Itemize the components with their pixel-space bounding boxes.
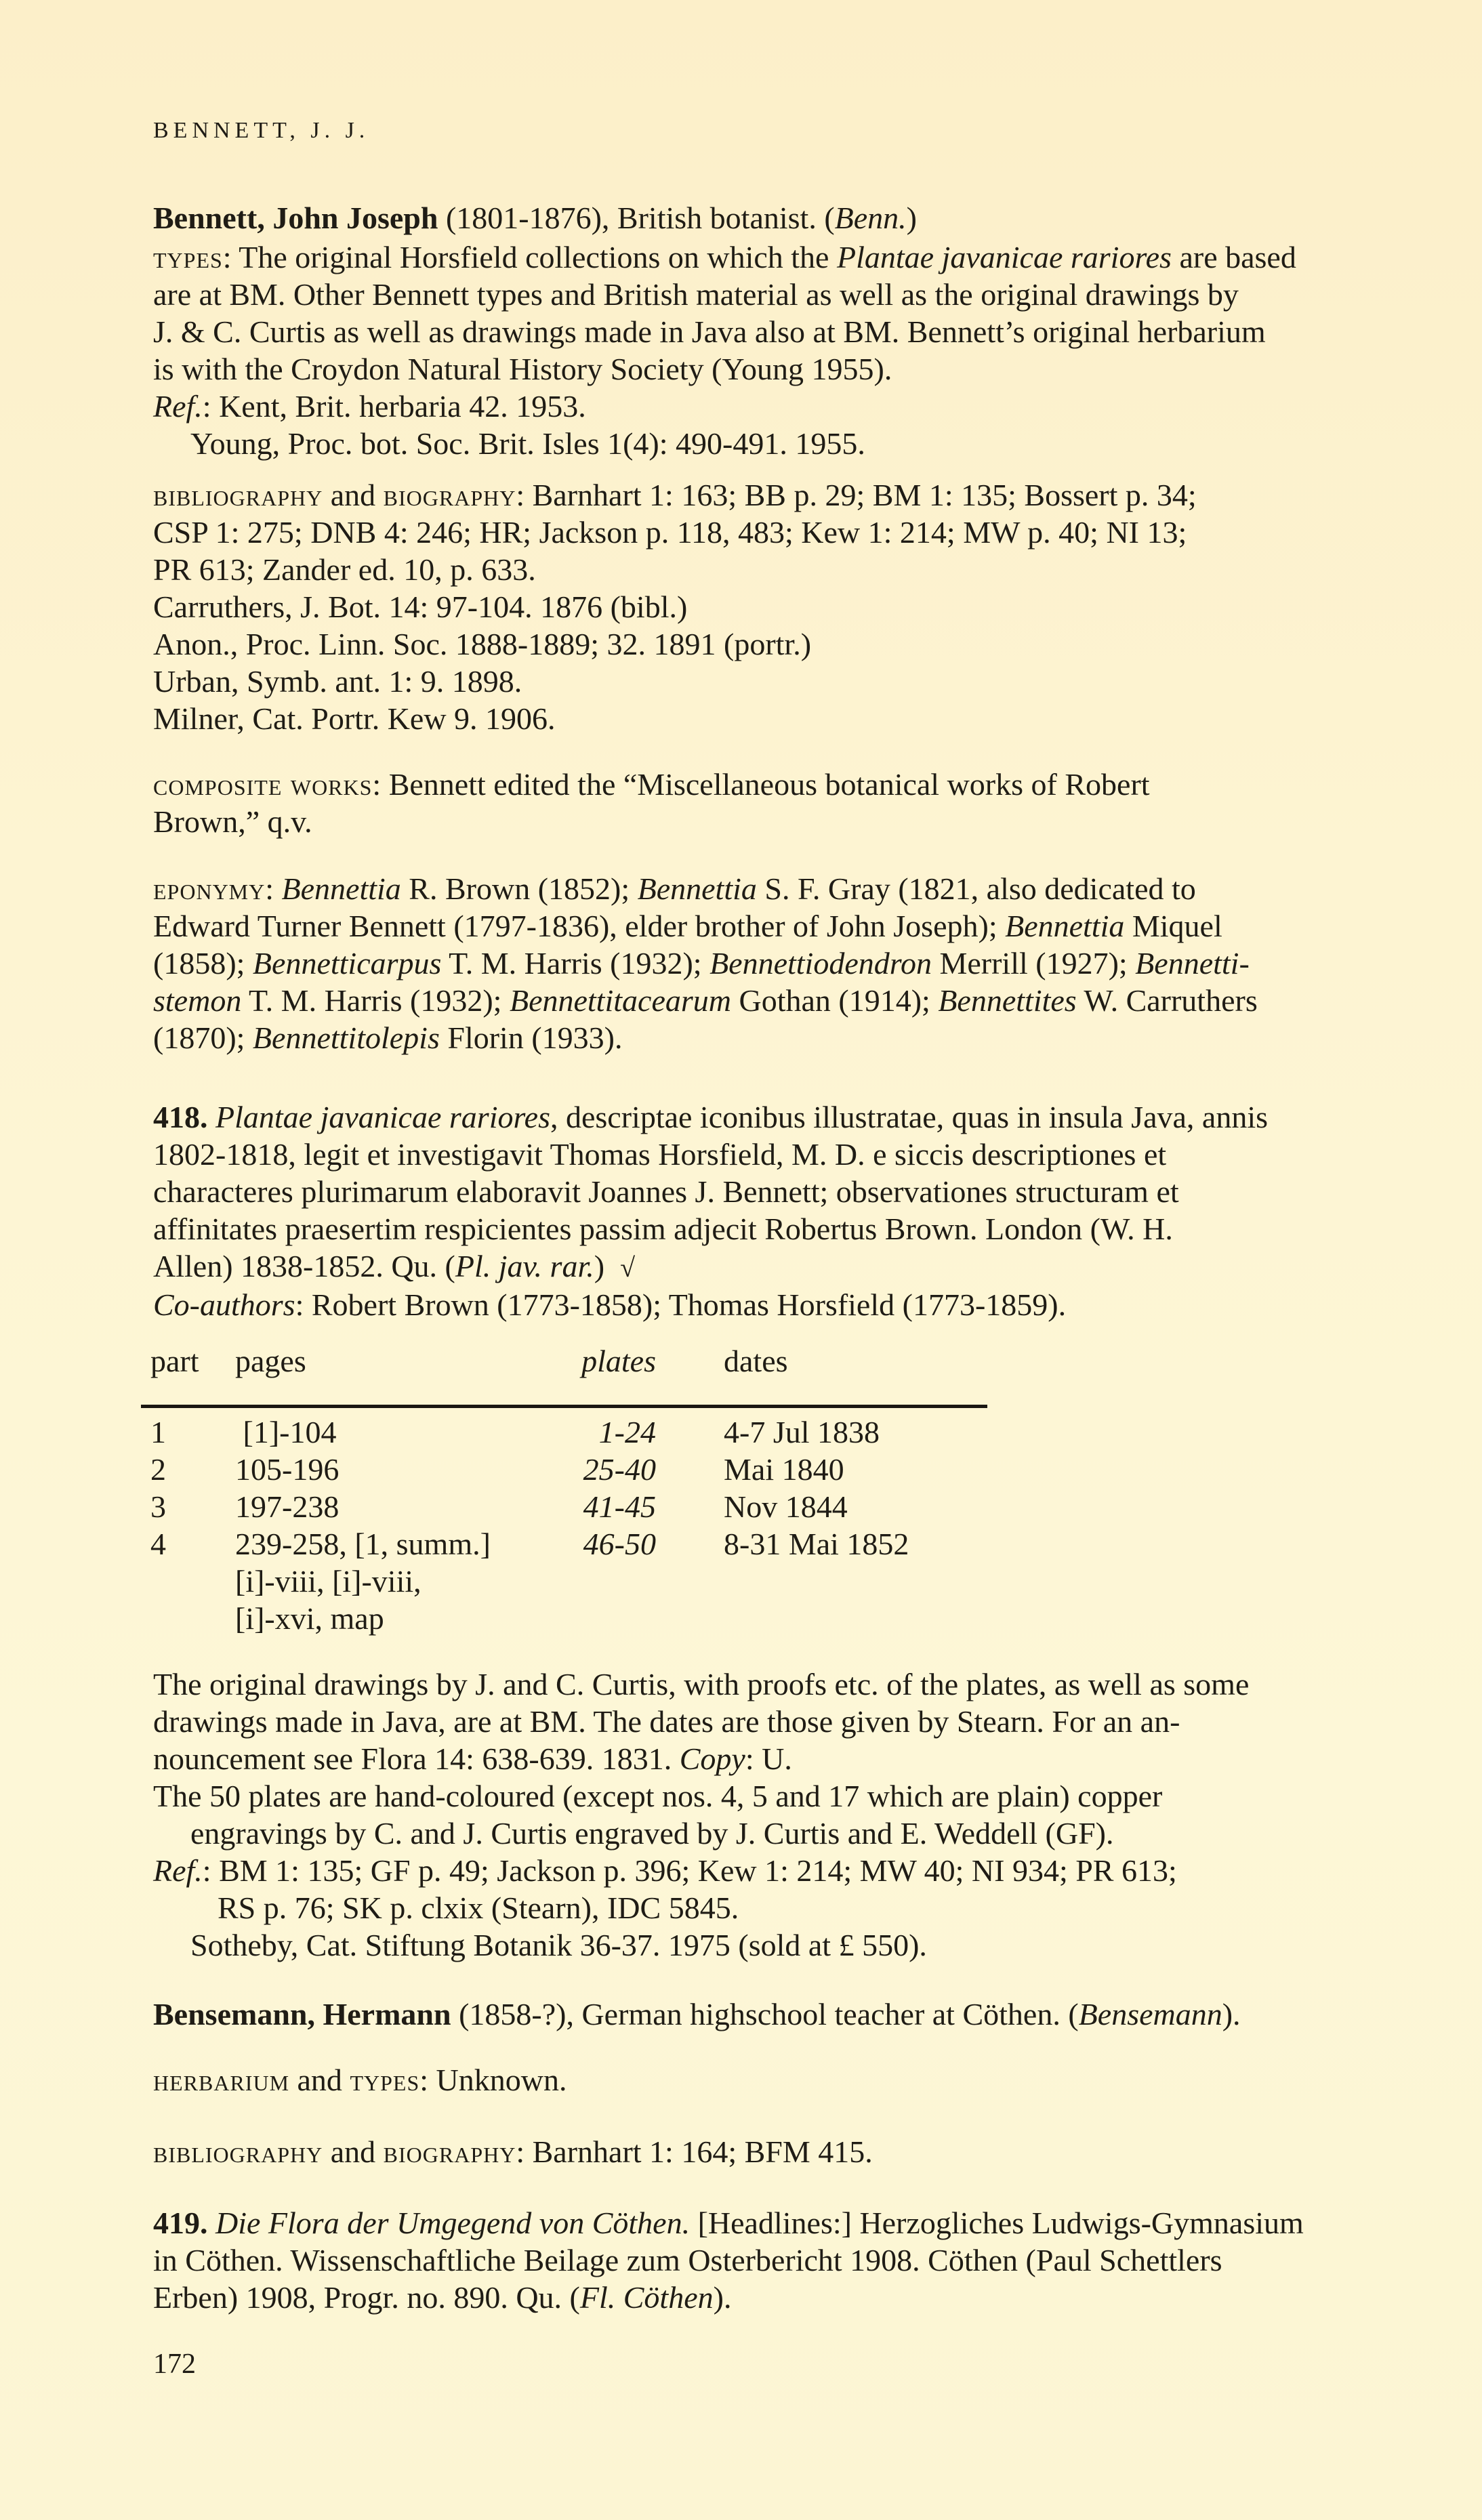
table-rule [141,1405,987,1408]
notes-ref-line: Ref.: BM 1: 135; GF p. 49; Jackson p. 39… [153,1852,1397,1889]
text: ). [1222,1997,1241,2031]
text: T. M. Harris (1932); [241,983,510,1018]
cell-dates: 8-31 Mai 1852 [724,1525,909,1563]
text: ) [594,1249,604,1283]
header-dates: dates [724,1342,788,1380]
eponymy-line-5: (1870); Bennettitolepis Florin (1933). [153,1019,1397,1056]
table-row: 3 197-238 41-45 Nov 1844 [150,1488,988,1525]
text: nouncement see Flora 14: 638-639. 1831. [153,1741,680,1776]
genus-name: stemon [153,983,241,1018]
text: [Headlines:] Herzogliches Ludwigs-Gymnas… [690,2206,1304,2240]
paren: ) [907,201,917,235]
text: R. Brown (1852); [401,871,638,906]
text: and [289,2063,350,2097]
text: Gothan (1914); [731,983,938,1018]
parts-table-header: part pages plates dates [150,1342,988,1380]
cell-part: 3 [150,1488,166,1525]
types-ref-line-2: Young, Proc. bot. Soc. Brit. Isles 1(4):… [153,425,1397,462]
running-head: BENNETT, J. J. [153,112,1397,149]
genus-name: Bennetticarpus [253,946,442,980]
text: : Barnhart 1: 163; BB p. 29; BM 1: 135; … [516,478,1196,512]
bibliography-line-4: Carruthers, J. Bot. 14: 97-104. 1876 (bi… [153,588,1397,625]
cell-dates: 4-7 Jul 1838 [724,1413,880,1451]
section-label: herbarium [153,2063,289,2097]
text: : Kent, Brit. herbaria 42. 1953. [203,389,586,424]
types-section: types: The original Horsfield collection… [153,239,1397,462]
genus-name: Bennetti- [1135,946,1250,980]
genus-name: Bennettia [1005,909,1124,943]
text: : U. [745,1741,792,1776]
work-418: 418. Plantae javanicae rariores, descrip… [153,1098,1397,1323]
text: are based [1172,240,1296,274]
eponymy-line-4: stemon T. M. Harris (1932); Bennettitace… [153,982,1397,1019]
cell-pages: 197-238 [235,1488,339,1525]
notes-ref-line-2: RS p. 76; SK p. clxix (Stearn), IDC 5845… [153,1889,1397,1926]
section-label: biography [384,2134,516,2169]
types-line-1-text: types: The original Horsfield collection… [153,239,1296,276]
table-row: [i]-viii, [i]-viii, [150,1563,988,1600]
herbarium-section: herbarium and types: Unknown. [153,2061,1397,2099]
text: (1870); [153,1020,253,1055]
text: : [265,871,281,906]
cell-part: 2 [150,1451,166,1488]
text: and [323,2134,383,2169]
text: Allen) 1838-1852. Qu. ( [153,1249,455,1283]
header-plates: plates [571,1342,656,1380]
genus-name: Bennettiodendron [709,946,932,980]
eponymy-line-1: eponymy: Bennettia R. Brown (1852); Benn… [153,870,1397,907]
author-abbreviation: Benn. [835,201,907,235]
ref-label: Ref. [153,1853,203,1888]
author-abbreviation: Bensemann [1079,1997,1222,2031]
eponymy-line-2: Edward Turner Bennett (1797-1836), elder… [153,907,1397,945]
coauthors-label: Co-authors [153,1287,295,1322]
cell-pages: [1]-104 [235,1413,336,1451]
types-line-1: types: The original Horsfield collection… [153,239,1397,276]
cell-plates: 25-40 [571,1451,656,1488]
cell-pages: 105-196 [235,1451,339,1488]
eponymy-line-3: (1858); Bennetticarpus T. M. Harris (193… [153,945,1397,982]
work-419-line-1: 419. Die Flora der Umgegend von Cöthen. … [153,2204,1397,2242]
section-label: types [153,240,223,274]
entry-heading-bensemann: Bensemann, Hermann (1858-?), German high… [153,1996,1397,2033]
entry-name: Bensemann, Hermann [153,1997,451,2031]
cell-plates: 46-50 [571,1525,656,1563]
entry-description: (1858-?), German highschool teacher at C… [451,1997,1079,2031]
notes-ref-line-3: Sotheby, Cat. Stiftung Botanik 36-37. 19… [153,1926,1397,1964]
notes-line-2: drawings made in Java, are at BM. The da… [153,1703,1397,1740]
bibliography-line-7: Milner, Cat. Portr. Kew 9. 1906. [153,700,1397,737]
text: Merrill (1927); [932,946,1135,980]
work-418-notes: The original drawings by J. and C. Curti… [153,1666,1397,1964]
notes-line-4: The 50 plates are hand-coloured (except … [153,1777,1397,1815]
text: and [323,478,383,512]
work-418-line-3: characteres plurimarum elaboravit Joanne… [153,1173,1397,1210]
work-419-line-2: in Cöthen. Wissenschaftliche Beilage zum… [153,2242,1397,2279]
ref-label: Ref. [153,389,203,424]
section-label: composite works [153,767,372,802]
book-title: Plantae javanicae rariores [837,240,1172,274]
text: : Robert Brown (1773-1858); Thomas Horsf… [295,1287,1067,1322]
composite-line-1: composite works: Bennett edited the “Mis… [153,766,1397,803]
work-title: Plantae javanicae rariores [215,1100,550,1134]
entry-name: Bennett, John Joseph [153,201,438,235]
bibliography-line-6: Urban, Symb. ant. 1: 9. 1898. [153,663,1397,700]
cell-plates: 1-24 [571,1413,656,1451]
text: : BM 1: 135; GF p. 49; Jackson p. 396; K… [203,1853,1177,1888]
text: : Bennett edited the “Miscellaneous bota… [372,767,1149,802]
work-number: 418. [153,1100,208,1134]
table-row: 4 239-258, [1, summ.] 46-50 8-31 Mai 185… [150,1525,988,1563]
cell-pages: 239-258, [1, summ.] [235,1525,491,1563]
text: W. Carruthers [1077,983,1258,1018]
bibliography-line-3: PR 613; Zander ed. 10, p. 633. [153,551,1397,588]
genus-name: Bennettia [638,871,757,906]
text: Miquel [1124,909,1222,943]
bibliography-line-5: Anon., Proc. Linn. Soc. 1888-1889; 32. 1… [153,625,1397,663]
table-row: 2 105-196 25-40 Mai 1840 [150,1451,988,1488]
work-419: 419. Die Flora der Umgegend von Cöthen. … [153,2204,1397,2316]
types-line-2: are at BM. Other Bennett types and Briti… [153,276,1397,313]
entry-heading-bennett: Bennett, John Joseph (1801-1876), Britis… [153,199,1397,236]
title-abbreviation: Pl. jav. rar. [455,1249,594,1283]
text: , descriptae iconibus illustratae, quas … [550,1100,1268,1134]
work-418-line-2: 1802-1818, legit et investigavit Thomas … [153,1136,1397,1173]
cell-pages: [i]-xvi, map [235,1600,384,1637]
types-line-3: J. & C. Curtis as well as drawings made … [153,313,1397,350]
copy-label: Copy [680,1741,745,1776]
parts-table-body: 1 [1]-104 1-24 4-7 Jul 1838 2 105-196 25… [150,1413,988,1637]
entry-dates: (1801-1876), British botanist. [446,201,817,235]
bibliography-line-2: CSP 1: 275; DNB 4: 246; HR; Jackson p. 1… [153,514,1397,551]
genus-name: Bennettitolepis [253,1020,440,1055]
text: T. M. Harris (1932); [441,946,709,980]
paren: ( [824,201,834,235]
composite-works-section: composite works: Bennett edited the “Mis… [153,766,1397,840]
genus-name: Bennettia [282,871,401,906]
work-number: 419. [153,2206,208,2240]
text: : Unknown. [419,2063,567,2097]
eponymy-section: eponymy: Bennettia R. Brown (1852); Benn… [153,870,1397,1056]
bibliography-section: bibliography and biography: Barnhart 1: … [153,476,1397,737]
text: S. F. Gray (1821, also dedicated to [757,871,1196,906]
cell-part: 4 [150,1525,166,1563]
check-mark-icon: √ [620,1252,635,1283]
cell-pages: [i]-viii, [i]-viii, [235,1563,421,1600]
coauthors-line: Co-authors: Robert Brown (1773-1858); Th… [153,1286,1397,1323]
table-row: 1 [1]-104 1-24 4-7 Jul 1838 [150,1413,988,1451]
cell-dates: Nov 1844 [724,1488,848,1525]
text: : Barnhart 1: 164; BFM 415. [516,2134,872,2169]
work-418-line-1: 418. Plantae javanicae rariores, descrip… [153,1098,1397,1136]
header-part: part [150,1342,199,1380]
composite-line-2: Brown,” q.v. [153,803,1397,840]
text: The original Horsfield collections on wh… [239,240,837,274]
text: Florin (1933). [440,1020,623,1055]
table-header-row: part pages plates dates [150,1342,988,1380]
text: (1858); [153,946,253,980]
table-row: [i]-xvi, map [150,1600,988,1637]
types-ref-line: Ref.: Kent, Brit. herbaria 42. 1953. [153,388,1397,425]
work-419-line-3: Erben) 1908, Progr. no. 890. Qu. (Fl. Cö… [153,2279,1397,2316]
work-418-line-5: Allen) 1838-1852. Qu. (Pl. jav. rar.) √ [153,1247,1397,1286]
notes-line-5: engravings by C. and J. Curtis engraved … [153,1815,1397,1852]
notes-line-3: nouncement see Flora 14: 638-639. 1831. … [153,1740,1397,1777]
title-abbreviation: Fl. Cöthen [580,2280,714,2315]
header-pages: pages [235,1342,306,1380]
page-number: 172 [153,2346,196,2383]
notes-line-1: The original drawings by J. and C. Curti… [153,1666,1397,1703]
cell-part: 1 [150,1413,166,1451]
section-label: biography [384,478,516,512]
bibliography-section-bensemann: bibliography and biography: Barnhart 1: … [153,2133,1397,2170]
genus-name: Bennettites [938,983,1076,1018]
section-label: bibliography [153,2134,323,2169]
bibliography-line-1: bibliography and biography: Barnhart 1: … [153,476,1397,514]
types-line-4: is with the Croydon Natural History Soci… [153,350,1397,388]
work-418-line-4: affinitates praesertim respicientes pass… [153,1210,1397,1247]
section-label: eponymy [153,871,265,906]
section-label: bibliography [153,478,323,512]
text: Erben) 1908, Progr. no. 890. Qu. ( [153,2280,580,2315]
section-label: types [350,2063,419,2097]
cell-plates: 41-45 [571,1488,656,1525]
text: Edward Turner Bennett (1797-1836), elder… [153,909,1005,943]
cell-dates: Mai 1840 [724,1451,844,1488]
genus-name: Bennettitacearum [510,983,731,1018]
text: ). [714,2280,732,2315]
work-title: Die Flora der Umgegend von Cöthen. [215,2206,690,2240]
